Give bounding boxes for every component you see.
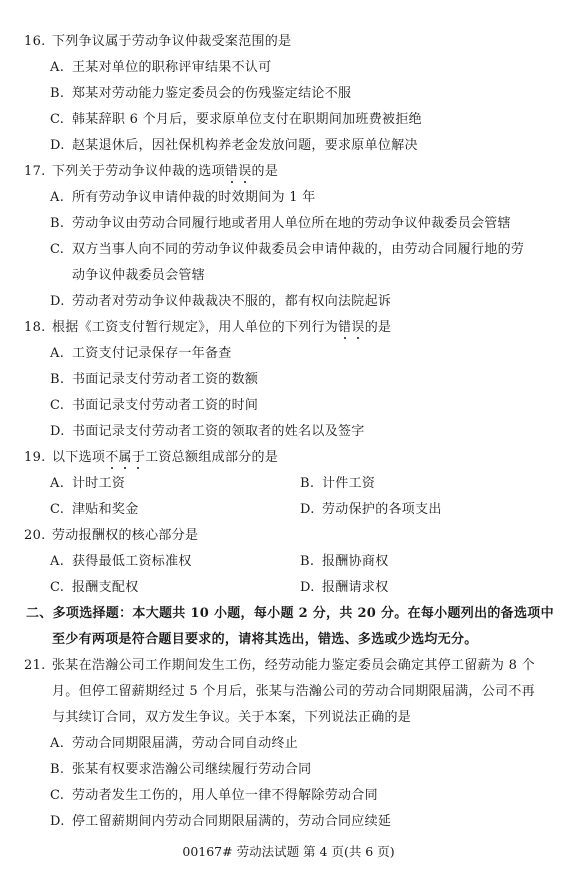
emphasis-char: 误 [238, 164, 251, 179]
option-letter: D. [300, 580, 322, 596]
option-text: 劳动者对劳动争议仲裁裁决不服的，都有权向法院起诉 [72, 294, 391, 309]
question-16-number: 16. [24, 34, 46, 50]
question-18-stem: 根据《工资支付暂行规定》，用人单位的下列行为错误的是 [52, 320, 391, 336]
question-21-number: 21. [24, 658, 46, 674]
option-text: 劳动者发生工伤的，用人单位一律不得解除劳动合同 [72, 788, 378, 803]
question-21-option-d: D.停工留薪期间内劳动合同期限届满的，劳动合同应续延 [50, 814, 391, 830]
question-19-option-a: A.计时工资 [50, 476, 125, 492]
option-text: 所有劳动争议申请仲裁的时效期间为 1 年 [72, 190, 316, 205]
option-letter: C. [50, 398, 72, 414]
question-18-option-b: B.书面记录支付劳动者工资的数额 [50, 372, 258, 388]
emphasis-char: 错 [338, 320, 351, 335]
question-17-stem: 下列关于劳动争议仲裁的选项错误的是 [52, 164, 278, 180]
question-18-number: 18. [24, 320, 46, 336]
option-letter: C. [50, 788, 72, 804]
question-18-option-a: A.工资支付记录保存一年备查 [50, 346, 232, 362]
question-16-option-d: D.赵某退休后，因社保机构养老金发放问题，要求原单位解决 [50, 138, 418, 154]
question-18-option-d: D.书面记录支付劳动者工资的领取者的姓名以及签字 [50, 424, 365, 440]
option-text: 报酬请求权 [322, 580, 389, 595]
question-21-stem-line-3: 与其续订合同，双方发生争议。关于本案，下列说法正确的是 [52, 710, 411, 726]
question-21-option-c: C.劳动者发生工伤的，用人单位一律不得解除劳动合同 [50, 788, 378, 804]
option-text: 计件工资 [322, 476, 375, 491]
option-text: 劳动保护的各项支出 [322, 502, 442, 517]
section-heading-line-2: 至少有两项是符合题目要求的，请将其选出，错选、多选或少选均无分。 [52, 632, 478, 648]
question-17-option-c: C.双方当事人向不同的劳动争议仲裁委员会申请仲裁的，由劳动合同履行地的劳 [50, 242, 524, 258]
question-21-option-b: B.张某有权要求浩瀚公司继续履行劳动合同 [50, 762, 311, 778]
emphasis-char: 于 [132, 450, 145, 465]
question-20-option-d: D.报酬请求权 [300, 580, 389, 596]
question-19-option-b: B.计件工资 [300, 476, 375, 492]
section-heading-line-1: 二、多项选择题：本大题共 10 小题，每小题 2 分，共 20 分。在每小题列出… [26, 606, 554, 622]
question-18-option-c: C.书面记录支付劳动者工资的时间 [50, 398, 258, 414]
option-letter: A. [50, 736, 72, 752]
option-letter: D. [50, 814, 72, 830]
option-letter: D. [50, 424, 72, 440]
question-17-option-a: A.所有劳动争议申请仲裁的时效期间为 1 年 [50, 190, 316, 206]
question-17-option-b: B.劳动争议由劳动合同履行地或者用人单位所在地的劳动争议仲裁委员会管辖 [50, 216, 511, 232]
question-20-number: 20. [24, 528, 46, 544]
question-21-stem-line-1: 张某在浩瀚公司工作期间发生工伤，经劳动能力鉴定委员会确定其停工留薪为 8 个 [52, 658, 535, 674]
option-letter: D. [300, 502, 322, 518]
option-letter: B. [50, 762, 72, 778]
stem-text: 以下选项 [52, 450, 105, 465]
stem-text: 下列关于劳动争议仲裁的选项 [52, 164, 225, 179]
question-19-number: 19. [24, 450, 46, 466]
emphasis-char: 误 [351, 320, 364, 335]
stem-text: 工资总额组成部分的是 [145, 450, 278, 465]
question-16-option-b: B.郑某对劳动能力鉴定委员会的伤残鉴定结论不服 [50, 86, 351, 102]
question-19-option-d: D.劳动保护的各项支出 [300, 502, 442, 518]
option-text: 双方当事人向不同的劳动争议仲裁委员会申请仲裁的，由劳动合同履行地的劳 [72, 242, 524, 257]
question-20-stem: 劳动报酬权的核心部分是 [52, 528, 198, 544]
option-text: 工资支付记录保存一年备查 [72, 346, 232, 361]
option-letter: B. [50, 216, 72, 232]
option-letter: A. [50, 346, 72, 362]
option-letter: B. [50, 372, 72, 388]
option-text: 书面记录支付劳动者工资的数额 [72, 372, 258, 387]
stem-text: 的是 [365, 320, 392, 335]
page-footer: 00167# 劳动法试题 第 4 页(共 6 页) [0, 844, 577, 860]
option-letter: A. [50, 190, 72, 206]
emphasis-char: 属 [119, 450, 132, 465]
question-17-option-d: D.劳动者对劳动争议仲裁裁决不服的，都有权向法院起诉 [50, 294, 391, 310]
option-letter: D. [50, 138, 72, 154]
question-21-stem-line-2: 月。但停工留薪期经过 5 个月后，张某与浩瀚公司的劳动合同期限届满，公司不再 [52, 684, 535, 700]
option-text: 张某有权要求浩瀚公司继续履行劳动合同 [72, 762, 311, 777]
question-20-option-c: C.报酬支配权 [50, 580, 139, 596]
question-16-option-a: A.王某对单位的职称评审结果不认可 [50, 60, 272, 76]
option-letter: D. [50, 294, 72, 310]
question-21-option-a: A.劳动合同期限届满，劳动合同自动终止 [50, 736, 298, 752]
option-letter: C. [50, 580, 72, 596]
option-letter: A. [50, 554, 72, 570]
option-text: 计时工资 [72, 476, 125, 491]
option-text: 劳动争议由劳动合同履行地或者用人单位所在地的劳动争议仲裁委员会管辖 [72, 216, 511, 231]
emphasis-char: 错 [225, 164, 238, 179]
option-letter: C. [50, 242, 72, 258]
question-17-option-c-continuation: 动争议仲裁委员会管辖 [72, 268, 205, 284]
exam-page: 16. 下列争议属于劳动争议仲裁受案范围的是 A.王某对单位的职称评审结果不认可… [0, 0, 577, 878]
option-text: 报酬支配权 [72, 580, 139, 595]
emphasis-char: 不 [105, 450, 118, 465]
option-letter: C. [50, 502, 72, 518]
question-16-option-c: C.韩某辞职 6 个月后，要求原单位支付在职期间加班费被拒绝 [50, 112, 422, 128]
question-16-stem: 下列争议属于劳动争议仲裁受案范围的是 [52, 34, 291, 50]
option-letter: B. [300, 554, 322, 570]
option-letter: A. [50, 476, 72, 492]
option-text: 韩某辞职 6 个月后，要求原单位支付在职期间加班费被拒绝 [72, 112, 422, 127]
option-text: 报酬协商权 [322, 554, 389, 569]
stem-text: 的是 [252, 164, 279, 179]
option-text: 书面记录支付劳动者工资的领取者的姓名以及签字 [72, 424, 365, 439]
option-text: 津贴和奖金 [72, 502, 139, 517]
question-19-stem: 以下选项不属于工资总额组成部分的是 [52, 450, 278, 466]
option-letter: A. [50, 60, 72, 76]
option-letter: C. [50, 112, 72, 128]
option-letter: B. [300, 476, 322, 492]
option-text: 获得最低工资标准权 [72, 554, 192, 569]
option-text: 停工留薪期间内劳动合同期限届满的，劳动合同应续延 [72, 814, 391, 829]
option-text: 书面记录支付劳动者工资的时间 [72, 398, 258, 413]
option-text: 劳动合同期限届满，劳动合同自动终止 [72, 736, 298, 751]
question-17-number: 17. [24, 164, 46, 180]
stem-text: 根据《工资支付暂行规定》，用人单位的下列行为 [52, 320, 338, 335]
question-20-option-b: B.报酬协商权 [300, 554, 389, 570]
option-letter: B. [50, 86, 72, 102]
option-text: 王某对单位的职称评审结果不认可 [72, 60, 272, 75]
option-text: 赵某退休后，因社保机构养老金发放问题，要求原单位解决 [72, 138, 418, 153]
question-19-option-c: C.津贴和奖金 [50, 502, 139, 518]
question-20-option-a: A.获得最低工资标准权 [50, 554, 192, 570]
option-text: 郑某对劳动能力鉴定委员会的伤残鉴定结论不服 [72, 86, 351, 101]
